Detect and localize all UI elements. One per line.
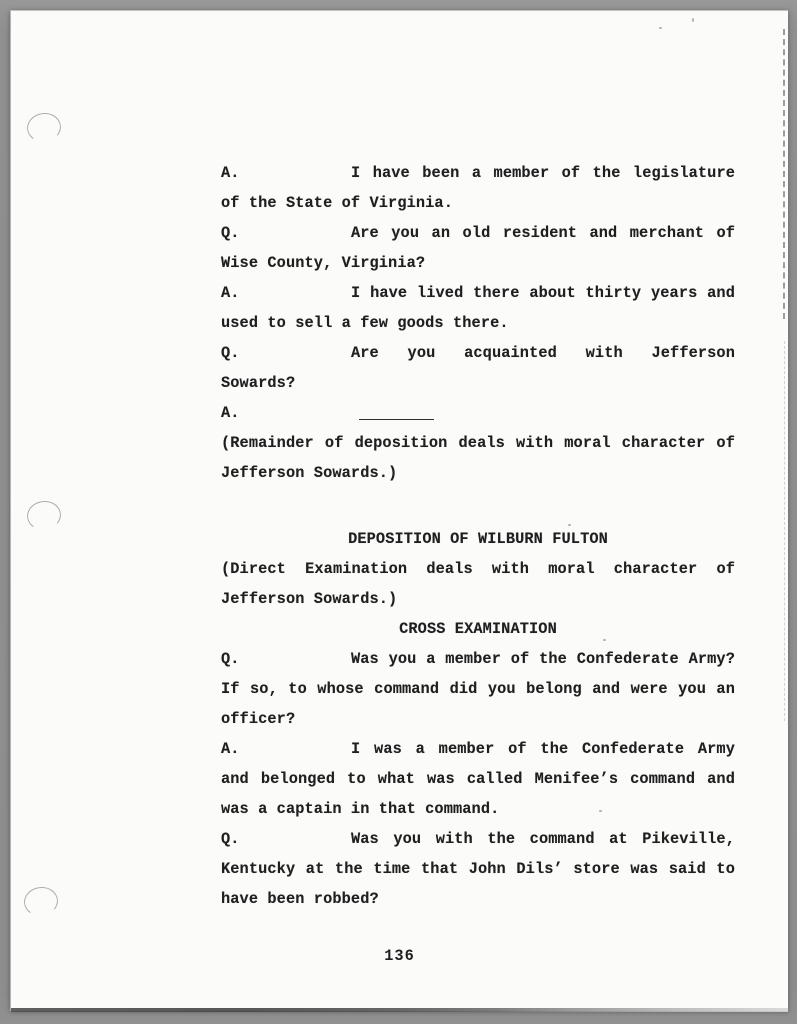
line-text: Was you a member of the Confederate Army… — [351, 644, 735, 674]
line-text: I was a member of the Confederate Army — [351, 734, 735, 764]
scan-speck — [692, 18, 694, 22]
page-number: 136 — [11, 947, 788, 965]
section-heading: CROSS EXAMINATION — [221, 614, 735, 644]
scan-edge-artifact — [784, 341, 785, 721]
text-line: (Direct Examination deals with moral cha… — [221, 554, 735, 584]
document-page: A.I have been a member of the legislatur… — [10, 10, 788, 1011]
text-line: and belonged to what was called Menifee’… — [221, 764, 735, 794]
speaker-label: A. — [221, 278, 351, 308]
scan-background: A.I have been a member of the legislatur… — [0, 0, 797, 1024]
speaker-label: A. — [221, 398, 351, 428]
text-line: of the State of Virginia. — [221, 188, 735, 218]
text-line: Q.Are you an old resident and merchant o… — [221, 218, 735, 248]
punch-hole-mark-icon — [25, 111, 63, 144]
text-line: A.I have been a member of the legislatur… — [221, 158, 735, 188]
text-line: Wise County, Virginia? — [221, 248, 735, 278]
section-heading: DEPOSITION OF WILBURN FULTON — [221, 524, 735, 554]
text-line: officer? — [221, 704, 735, 734]
deposition-text: A.I have been a member of the legislatur… — [221, 158, 735, 914]
line-text: I have lived there about thirty years an… — [351, 278, 735, 308]
speaker-label: Q. — [221, 218, 351, 248]
speaker-label: A. — [221, 734, 351, 764]
speaker-label: Q. — [221, 338, 351, 368]
text-line: Kentucky at the time that John Dils’ sto… — [221, 854, 735, 884]
scan-edge-artifact — [783, 29, 785, 319]
text-line: If so, to whose command did you belong a… — [221, 674, 735, 704]
punch-hole-mark-icon — [25, 499, 63, 532]
text-line: Jefferson Sowards.) — [221, 584, 735, 614]
text-line: Sowards? — [221, 368, 735, 398]
text-line: A. — [221, 398, 735, 428]
line-text: I have been a member of the legislature — [351, 158, 735, 188]
page-bottom-edge — [11, 1008, 788, 1012]
scan-speck — [659, 27, 662, 29]
speaker-label: A. — [221, 158, 351, 188]
blank-answer-underline — [359, 419, 434, 420]
line-text: Are you acquainted with Jefferson — [351, 338, 735, 368]
blank-line — [221, 488, 735, 524]
text-line: Q.Are you acquainted with Jefferson — [221, 338, 735, 368]
text-line: A.I have lived there about thirty years … — [221, 278, 735, 308]
text-line: A.I was a member of the Confederate Army — [221, 734, 735, 764]
text-line: used to sell a few goods there. — [221, 308, 735, 338]
text-line: Q.Was you with the command at Pikeville, — [221, 824, 735, 854]
text-line: Q.Was you a member of the Confederate Ar… — [221, 644, 735, 674]
speaker-label: Q. — [221, 824, 351, 854]
speaker-label: Q. — [221, 644, 351, 674]
punch-hole-mark-icon — [22, 885, 60, 918]
text-line: (Remainder of deposition deals with mora… — [221, 428, 735, 458]
line-text: Are you an old resident and merchant of — [351, 218, 735, 248]
text-line: have been robbed? — [221, 884, 735, 914]
text-line: was a captain in that command. — [221, 794, 735, 824]
text-line: Jefferson Sowards.) — [221, 458, 735, 488]
line-text: Was you with the command at Pikeville, — [351, 824, 735, 854]
